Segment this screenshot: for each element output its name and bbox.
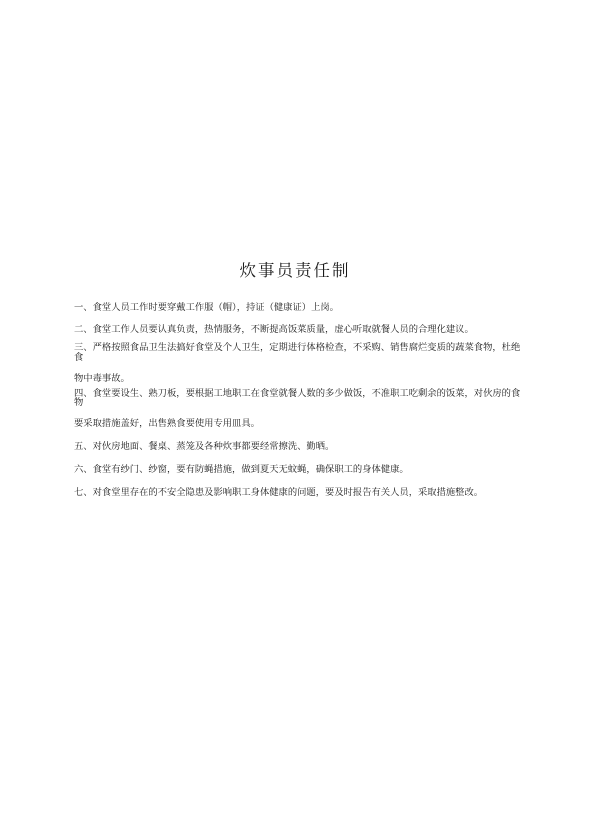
- paragraph-4-line-1: 四、食堂要设生、熟刀板，要根据工地职工在食堂就餐人数的多少做饭，不准职工吃剩余的…: [74, 388, 520, 399]
- paragraph-4-line-2: 物: [74, 397, 83, 408]
- paragraph-2-line-1: 二、食堂工作人员要认真负责，热情服务，不断提高饭菜质量，虚心听取就餐人员的合理化…: [74, 324, 474, 335]
- paragraph-1-line-1: 一、食堂人员工作时要穿戴工作服（帽），持证（健康证）上岗。: [74, 302, 339, 313]
- document-page: 炊事员责任制 一、食堂人员工作时要穿戴工作服（帽），持证（健康证）上岗。 二、食…: [0, 0, 590, 835]
- paragraph-6-line-1: 六、食堂有纱门、纱窗，要有防蝇措施，做到夏天无蚊蝇，确保职工的身体健康。: [74, 464, 409, 475]
- paragraph-3-line-1: 三、严格按照食品卫生法搞好食堂及个人卫生，定期进行体格检查，不采购、销售腐烂变质…: [74, 342, 520, 353]
- paragraph-3-line-2: 食: [74, 352, 83, 363]
- document-title: 炊事员责任制: [0, 257, 590, 281]
- paragraph-7-line-1: 七、对食堂里存在的不安全隐患及影响职工身体健康的问题，要及时报告有关人员，采取措…: [74, 487, 483, 498]
- paragraph-3-line-3: 物中毒事故。: [74, 373, 130, 384]
- paragraph-5-line-1: 五、对伙房地面、餐桌、蒸笼及各种炊事都要经常擦洗、勤晒。: [74, 441, 334, 452]
- paragraph-4-line-3: 要采取措施盖好，出售熟食要使用专用皿具。: [74, 418, 260, 429]
